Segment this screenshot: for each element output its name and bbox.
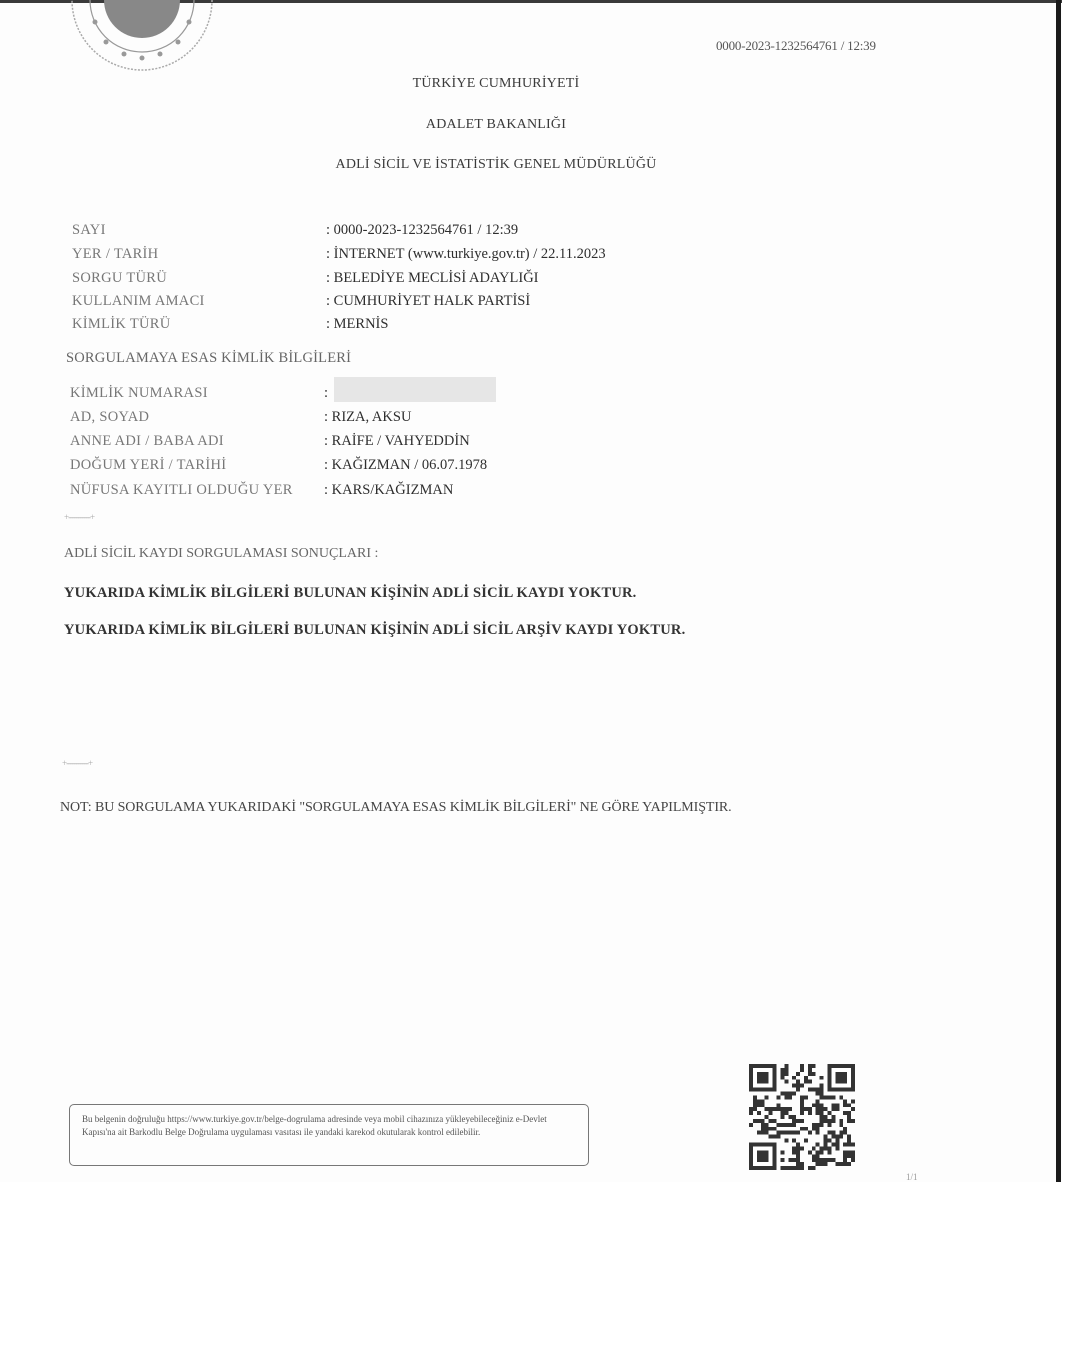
result-line: YUKARIDA KİMLİK BİLGİLERİ BULUNAN KİŞİNİ… xyxy=(64,585,637,602)
header-ministry: ADALET BAKANLIĞI xyxy=(0,117,992,133)
info-label: KİMLİK TÜRÜ xyxy=(72,316,332,333)
info-value: : MERNİS xyxy=(326,316,388,333)
verification-notice: Bu belgenin doğruluğu https://www.turkiy… xyxy=(69,1104,589,1166)
info-label: KULLANIM AMACI xyxy=(72,293,332,310)
result-line: YUKARIDA KİMLİK BİLGİLERİ BULUNAN KİŞİNİ… xyxy=(64,622,685,639)
identity-label: AD, SOYAD xyxy=(70,409,330,426)
identity-label: ANNE ADI / BABA ADI xyxy=(70,433,330,450)
info-value: : 0000-2023-1232564761 / 12:39 xyxy=(326,222,518,239)
redacted-id-number xyxy=(334,377,496,402)
identity-value: : xyxy=(324,385,496,402)
ministry-seal-icon xyxy=(70,0,214,72)
identity-value: : RAİFE / VAHYEDDİN xyxy=(324,433,470,450)
identity-value: : RIZA, AKSU xyxy=(324,409,411,426)
info-label: SORGU TÜRÜ xyxy=(72,270,332,287)
page-number: 1/1 xyxy=(906,1172,918,1182)
query-note: NOT: BU SORGULAMA YUKARIDAKİ "SORGULAMAY… xyxy=(60,800,732,816)
info-value: : İNTERNET (www.turkiye.gov.tr) / 22.11.… xyxy=(326,246,606,263)
identity-label: DOĞUM YERİ / TARİHİ xyxy=(70,457,330,474)
info-label: SAYI xyxy=(72,222,332,239)
info-value: : CUMHURİYET HALK PARTİSİ xyxy=(326,293,530,310)
info-label: YER / TARİH xyxy=(72,246,332,263)
info-value: : BELEDİYE MECLİSİ ADAYLIĞI xyxy=(326,270,539,287)
document-page: 0000-2023-1232564761 / 12:39 TÜRKİYE CUM… xyxy=(0,0,1062,1182)
header-directorate: ADLİ SİCİL VE İSTATİSTİK GENEL MÜDÜRLÜĞÜ xyxy=(0,157,992,173)
identity-section-title: SORGULAMAYA ESAS KİMLİK BİLGİLERİ xyxy=(66,350,351,367)
qr-code-icon[interactable] xyxy=(748,1064,856,1170)
document-reference: 0000-2023-1232564761 / 12:39 xyxy=(716,38,876,54)
identity-label: NÜFUSA KAYITLI OLDUĞU YER xyxy=(70,482,330,499)
identity-label: KİMLİK NUMARASI xyxy=(70,385,330,402)
separator: +-----------+ xyxy=(62,758,92,768)
header-republic: TÜRKİYE CUMHURİYETİ xyxy=(0,76,992,92)
identity-value: : KAĞIZMAN / 06.07.1978 xyxy=(324,457,487,474)
scan-right-edge xyxy=(1056,0,1061,1182)
separator: +-----------+ xyxy=(64,512,94,522)
results-title: ADLİ SİCİL KAYDI SORGULAMASI SONUÇLARI : xyxy=(64,546,378,562)
identity-value: : KARS/KAĞIZMAN xyxy=(324,482,453,499)
